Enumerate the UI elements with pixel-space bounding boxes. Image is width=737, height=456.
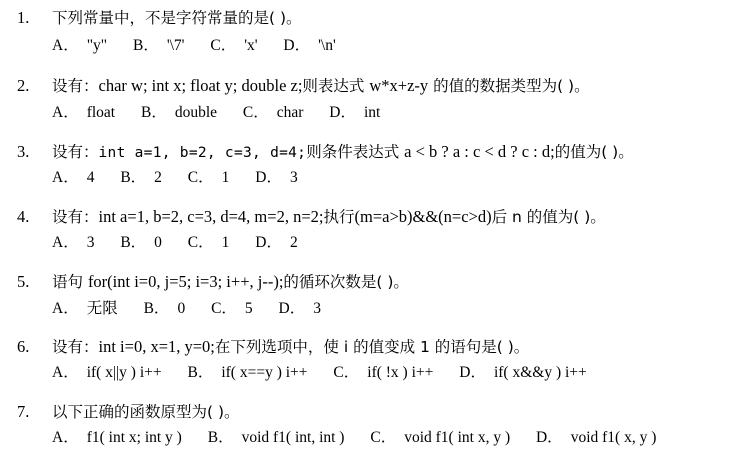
question-stem: 设有：int a=1, b=2, c=3, d=4, m=2, n=2;执行(m…	[52, 206, 606, 228]
option-a: A．3	[52, 232, 94, 254]
option-list: A．"y" B．'\7' C．'x' D．'\n'	[52, 35, 358, 57]
option-list: A．4 B．2 C．1 D．3	[52, 167, 320, 189]
option-b: B．void f1( int, int )	[208, 427, 345, 449]
option-c: C．void f1( int x, y )	[370, 427, 510, 449]
option-c: C．5	[211, 298, 253, 320]
option-b: B．'\7'	[133, 35, 185, 57]
option-b: B．double	[141, 102, 217, 124]
option-c: C．if( !x ) i++	[333, 362, 433, 384]
question-stem: 语句 for(int i=0, j=5; i=3; i++, j--);的循环次…	[52, 271, 409, 293]
option-a: A．无限	[52, 297, 118, 320]
option-d: D．3	[279, 298, 321, 320]
option-a: A．if( x||y ) i++	[52, 362, 162, 384]
option-d: D．2	[255, 232, 297, 254]
option-b: B．0	[120, 232, 162, 254]
question-number: 7.	[17, 401, 47, 423]
question-stem: 设有：int i=0, x=1, y=0;在下列选项中，使 i 的值变成 1 的…	[52, 336, 529, 358]
option-d: D．3	[255, 167, 297, 189]
question-number: 3.	[17, 141, 47, 163]
option-list: A．3 B．0 C．1 D．2	[52, 232, 320, 254]
question-number: 4.	[17, 206, 47, 228]
option-b: B．2	[120, 167, 162, 189]
question-number: 1.	[17, 7, 47, 29]
option-list: A．float B．double C．char D．int	[52, 102, 402, 124]
option-c: C．'x'	[210, 35, 257, 57]
option-d: D．if( x&&y ) i++	[459, 362, 587, 384]
question-number: 2.	[17, 75, 47, 97]
option-d: D．void f1( x, y )	[536, 427, 656, 449]
option-a: A．"y"	[52, 35, 107, 57]
option-d: D．'\n'	[283, 35, 335, 57]
question-stem: 以下正确的函数原型为( )。	[52, 401, 240, 423]
option-d: D．int	[329, 102, 380, 124]
option-c: C．char	[243, 102, 304, 124]
question-stem: 下列常量中，不是字符常量的是( )。	[52, 7, 302, 29]
question-number: 6.	[17, 336, 47, 358]
option-a: A．4	[52, 167, 94, 189]
option-c: C．1	[188, 167, 230, 189]
question-stem: 设有：int a=1, b=2, c=3, d=4;则条件表达式 a < b ?…	[52, 141, 634, 164]
option-a: A．float	[52, 102, 115, 124]
question-number: 5.	[17, 271, 47, 293]
option-list: A．无限 B．0 C．5 D．3	[52, 297, 343, 319]
option-list: A．f1( int x; int y ) B．void f1( int, int…	[52, 427, 678, 449]
option-b: B．if( x==y ) i++	[188, 362, 308, 384]
option-list: A．if( x||y ) i++ B．if( x==y ) i++ C．if( …	[52, 362, 609, 384]
option-a: A．f1( int x; int y )	[52, 427, 182, 449]
option-b: B．0	[144, 298, 186, 320]
question-stem: 设有：char w; int x; float y; double z;则表达式…	[52, 75, 590, 97]
option-c: C．1	[188, 232, 230, 254]
